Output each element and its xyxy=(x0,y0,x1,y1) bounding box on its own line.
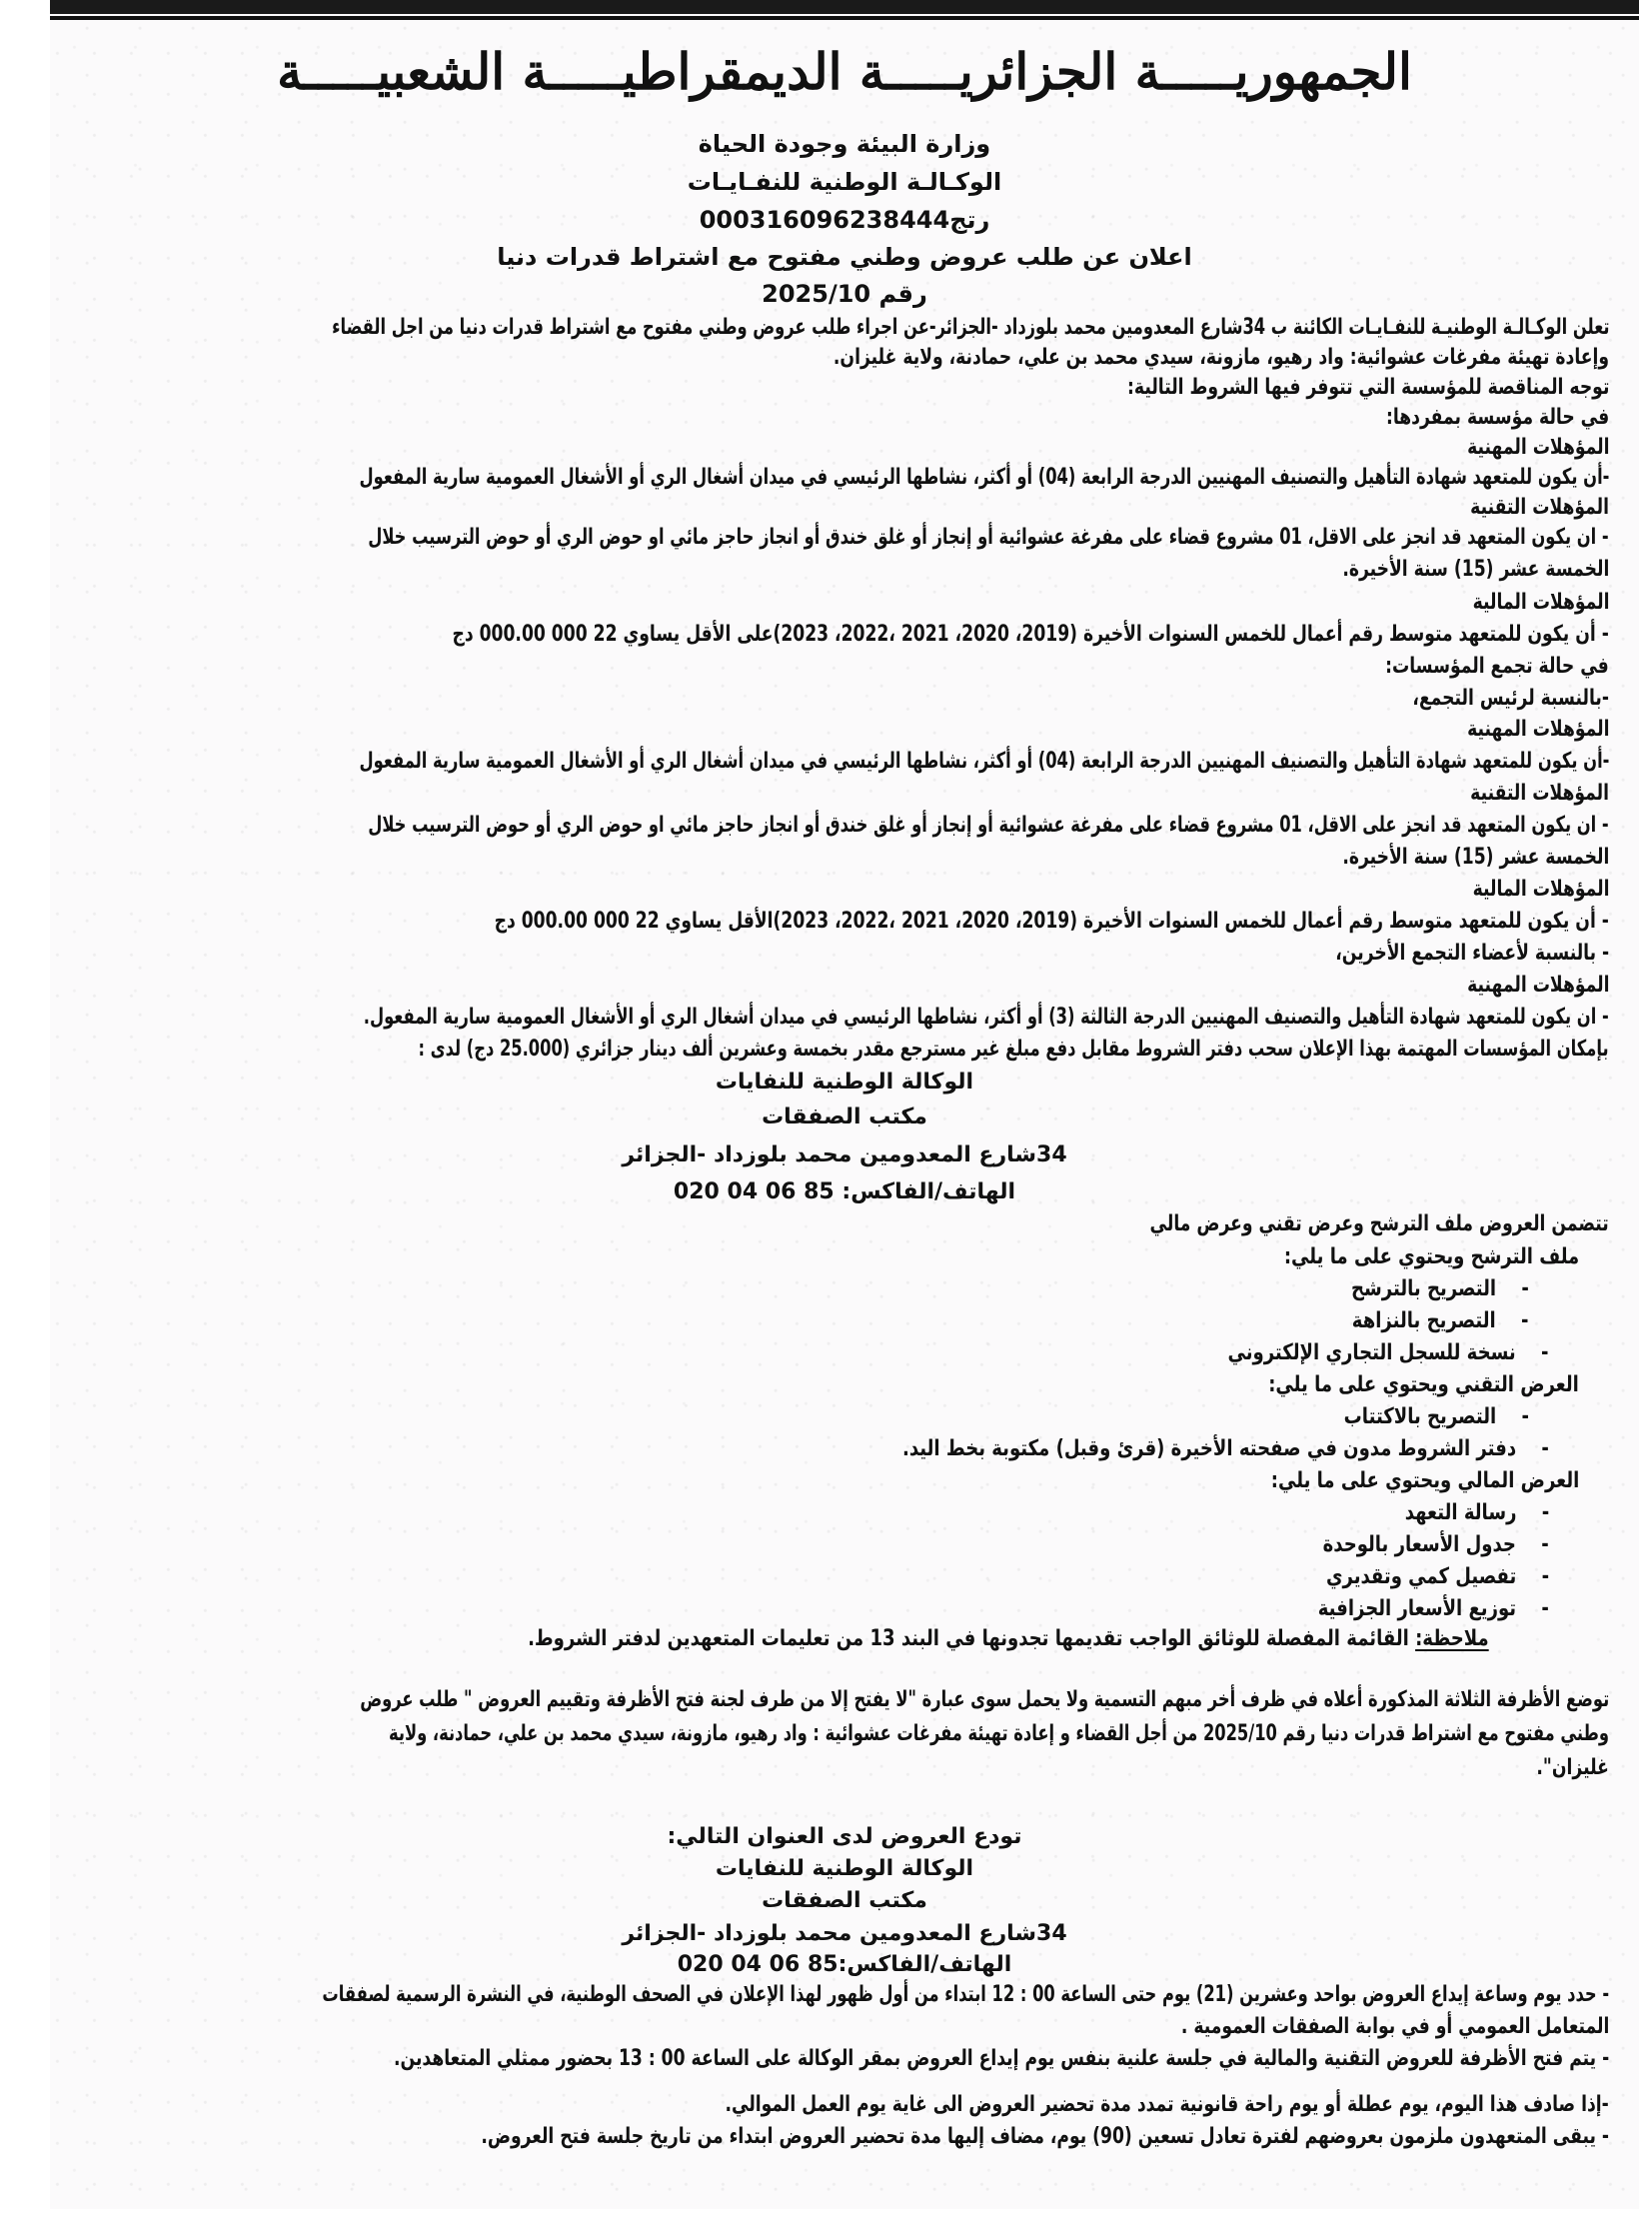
group-financial-title: المؤهلات المالية xyxy=(1472,877,1609,902)
group-technical-1: - ان يكون المتعهد قد انجز على الاقل، 01 … xyxy=(369,813,1609,838)
intro-line-2: وإعادة تهيئة مفرغات عشوائية: واد رهيو، م… xyxy=(833,345,1609,370)
deposit-phone: الهاتف/الفاكس:85 06 04 020 xyxy=(50,1952,1639,1977)
technical-item: -التصريح بالاكتتاب xyxy=(1344,1404,1529,1429)
intro-line-1: تعلن الوكـالـة الوطنيـة للنفـايـات الكائ… xyxy=(332,315,1609,340)
withdrawal-phone: الهاتف/الفاكس: 85 06 04 020 xyxy=(50,1179,1639,1204)
intro-line-3: توجه المناقصة للمؤسسة التي تتوفر فيها ال… xyxy=(1127,375,1609,400)
holiday-clause: -إذا صادف هذا اليوم، يوم عطلة أو يوم راح… xyxy=(726,2092,1609,2117)
single-technical-2: الخمسة عشر (15) سنة الأخيرة. xyxy=(1342,557,1609,582)
financial-item: -توزيع الأسعار الجزافية xyxy=(1318,1596,1549,1621)
single-financial-1: - أن يكون للمتعهد متوسط رقم أعمال للخمس … xyxy=(453,622,1609,647)
deadline-line-1: - حدد يوم وساعة إيداع العروض بواحد وعشري… xyxy=(322,1982,1609,2007)
candidacy-item: -التصريح بالنزاهة xyxy=(1352,1308,1529,1333)
candidacy-item: -نسخة للسجل التجاري الإلكتروني xyxy=(1228,1340,1549,1365)
deadline-line-2: المتعامل العمومي أو في بوابة الصفقات الع… xyxy=(1180,2014,1609,2039)
candidacy-item: -التصريح بالترشح xyxy=(1351,1276,1529,1301)
single-technical-title: المؤهلات التقنية xyxy=(1470,495,1609,520)
announcement-number: رقم 2025/10 xyxy=(50,280,1639,308)
country-heading: الجمهوريـــــة الجزائريـــــة الديمقراطي… xyxy=(50,42,1639,101)
opening-session: - يتم فتح الأظرفة للعروض التقنية والمالي… xyxy=(394,2046,1609,2071)
financial-offer-title: العرض المالي ويحتوي على ما يلي: xyxy=(1270,1468,1579,1493)
withdrawal-office: مكتب الصفقات xyxy=(50,1105,1639,1129)
group-professional-1: -أن يكون للمتعهد شهادة التأهيل والتصنيف … xyxy=(359,749,1609,774)
single-professional-title: المؤهلات المهنية xyxy=(1467,435,1609,460)
technical-item: -دفتر الشروط مدون في صفحته الأخيرة (قرئ … xyxy=(902,1436,1549,1461)
note-label: ملاحظة: xyxy=(1415,1626,1489,1651)
withdrawal-agency: الوكالة الوطنية للنفايات xyxy=(50,1070,1639,1095)
single-financial-title: المؤهلات المالية xyxy=(1472,590,1609,615)
group-members-professional-1: - ان يكون للمتعهد شهادة التأهيل والتصنيف… xyxy=(364,1005,1609,1030)
envelope-line-2: وطني مفتوح مع اشتراط قدرات دنيا رقم 2025… xyxy=(389,1721,1609,1746)
note-text: القائمة المفصلة للوثائق الواجب تقديمها ت… xyxy=(528,1626,1415,1651)
scanned-document-page: الجمهوريـــــة الجزائريـــــة الديمقراطي… xyxy=(50,0,1639,2209)
agency-name: الوكـالـة الوطنية للنفـايـات xyxy=(50,168,1639,196)
financial-item: -جدول الأسعار بالوحدة xyxy=(1323,1532,1549,1557)
ministry-name: وزارة البيئة وجودة الحياة xyxy=(50,130,1639,158)
financial-item: -تفصيل كمي وتقديري xyxy=(1326,1564,1549,1589)
withdrawal-text: بإمكان المؤسسات المهتمة بهذا الإعلان سحب… xyxy=(419,1037,1609,1062)
tax-id: رتج000316096238444 xyxy=(50,206,1639,234)
technical-offer-title: العرض التقني ويحتوي على ما يلي: xyxy=(1268,1372,1579,1397)
validity-clause: - يبقى المتعهدون ملزمون بعروضهم لفترة تع… xyxy=(481,2124,1609,2149)
deposit-office: مكتب الصفقات xyxy=(50,1888,1639,1913)
financial-item: -رسالة التعهد xyxy=(1404,1500,1549,1525)
single-technical-1: - ان يكون المتعهد قد انجز على الاقل، 01 … xyxy=(369,525,1609,550)
deposit-agency: الوكالة الوطنية للنفايات xyxy=(50,1856,1639,1881)
group-technical-2: الخمسة عشر (15) سنة الأخيرة. xyxy=(1342,845,1609,870)
group-financial-1: - أن يكون للمتعهد متوسط رقم أعمال للخمس … xyxy=(495,909,1609,934)
group-members-professional-title: المؤهلات المهنية xyxy=(1467,973,1609,998)
single-professional-1: -أن يكون للمتعهد شهادة التأهيل والتصنيف … xyxy=(359,465,1609,490)
group-members: - بالنسبة لأعضاء التجمع الأخرين، xyxy=(1335,941,1609,966)
single-title: في حالة مؤسسة بمفردها: xyxy=(1386,405,1609,430)
group-professional-title: المؤهلات المهنية xyxy=(1467,717,1609,742)
envelope-line-1: توضع الأظرفة الثلاثة المذكورة أعلاه في ظ… xyxy=(360,1687,1609,1712)
offers-intro: تتضمن العروض ملف الترشح وعرض تقني وعرض م… xyxy=(1150,1211,1609,1236)
top-border-rule xyxy=(50,0,1639,14)
withdrawal-address: 34شارع المعدومين محمد بلوزداد -الجزائر xyxy=(50,1142,1639,1167)
group-title: في حالة تجمع المؤسسات: xyxy=(1385,654,1609,679)
group-technical-title: المؤهلات التقنية xyxy=(1470,781,1609,806)
group-leader: -بالنسبة لرئيس التجمع، xyxy=(1412,686,1609,711)
note: ملاحظة: القائمة المفصلة للوثائق الواجب ت… xyxy=(528,1626,1489,1651)
deposit-address: 34شارع المعدومين محمد بلوزداد -الجزائر xyxy=(50,1921,1639,1946)
announcement-title: اعلان عن طلب عروض وطني مفتوح مع اشتراط ق… xyxy=(50,243,1639,271)
deposit-title: تودع العروض لدى العنوان التالي: xyxy=(50,1824,1639,1849)
envelope-line-3: غليزان". xyxy=(1537,1755,1609,1780)
candidacy-title: ملف الترشح ويحتوي على ما يلي: xyxy=(1284,1244,1579,1269)
